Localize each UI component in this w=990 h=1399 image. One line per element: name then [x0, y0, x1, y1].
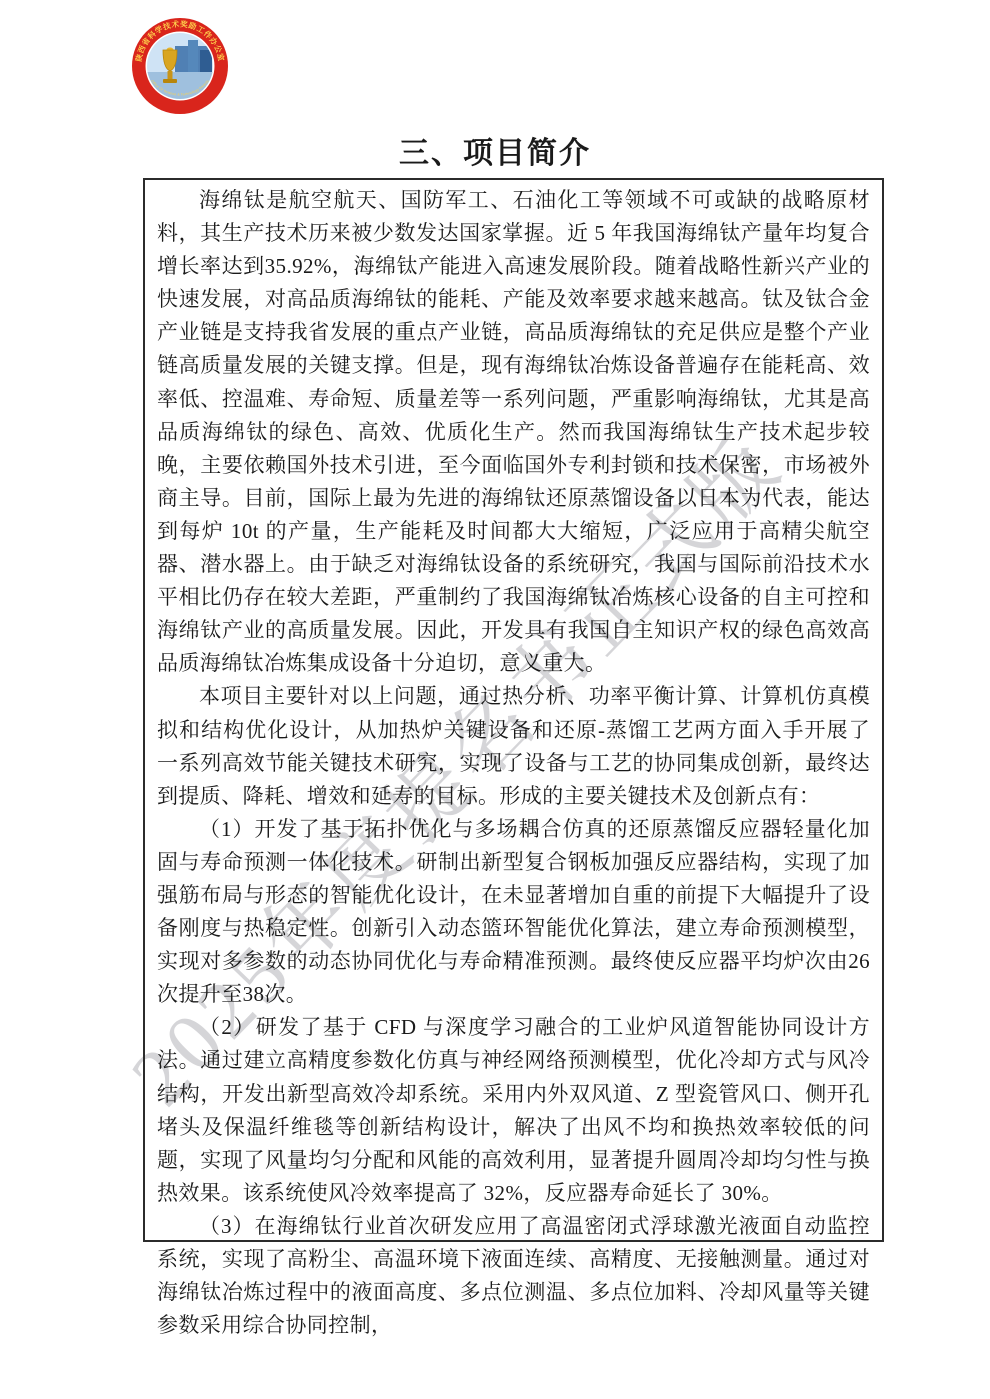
- content-box: 海绵钛是航空航天、国防军工、石油化工等领域不可或缺的战略原材料，其生产技术历来被…: [143, 178, 884, 1242]
- document-page: 陕西省科学技术奖励工作办公室 Office Of Science & Techn…: [0, 0, 990, 1399]
- paragraph-innovation-2: （2）研发了基于 CFD 与深度学习融合的工业炉风道智能协同设计方法。通过建立高…: [157, 1011, 870, 1210]
- org-seal: 陕西省科学技术奖励工作办公室 Office Of Science & Techn…: [130, 16, 230, 116]
- paragraph-overview: 本项目主要针对以上问题，通过热分析、功率平衡计算、计算机仿真模拟和结构优化设计，…: [157, 680, 870, 812]
- paragraph-intro: 海绵钛是航空航天、国防军工、石油化工等领域不可或缺的战略原材料，其生产技术历来被…: [157, 184, 870, 680]
- paragraph-innovation-3: （3）在海绵钛行业首次研发应用了高温密闭式浮球激光液面自动监控系统，实现了高粉尘…: [157, 1210, 870, 1342]
- paragraph-innovation-1: （1）开发了基于拓扑优化与多场耦合仿真的还原蒸馏反应器轻量化加固与寿命预测一体化…: [157, 813, 870, 1012]
- seal-icon: 陕西省科学技术奖励工作办公室 Office Of Science & Techn…: [130, 16, 230, 116]
- page-title: 三、项目简介: [0, 128, 990, 172]
